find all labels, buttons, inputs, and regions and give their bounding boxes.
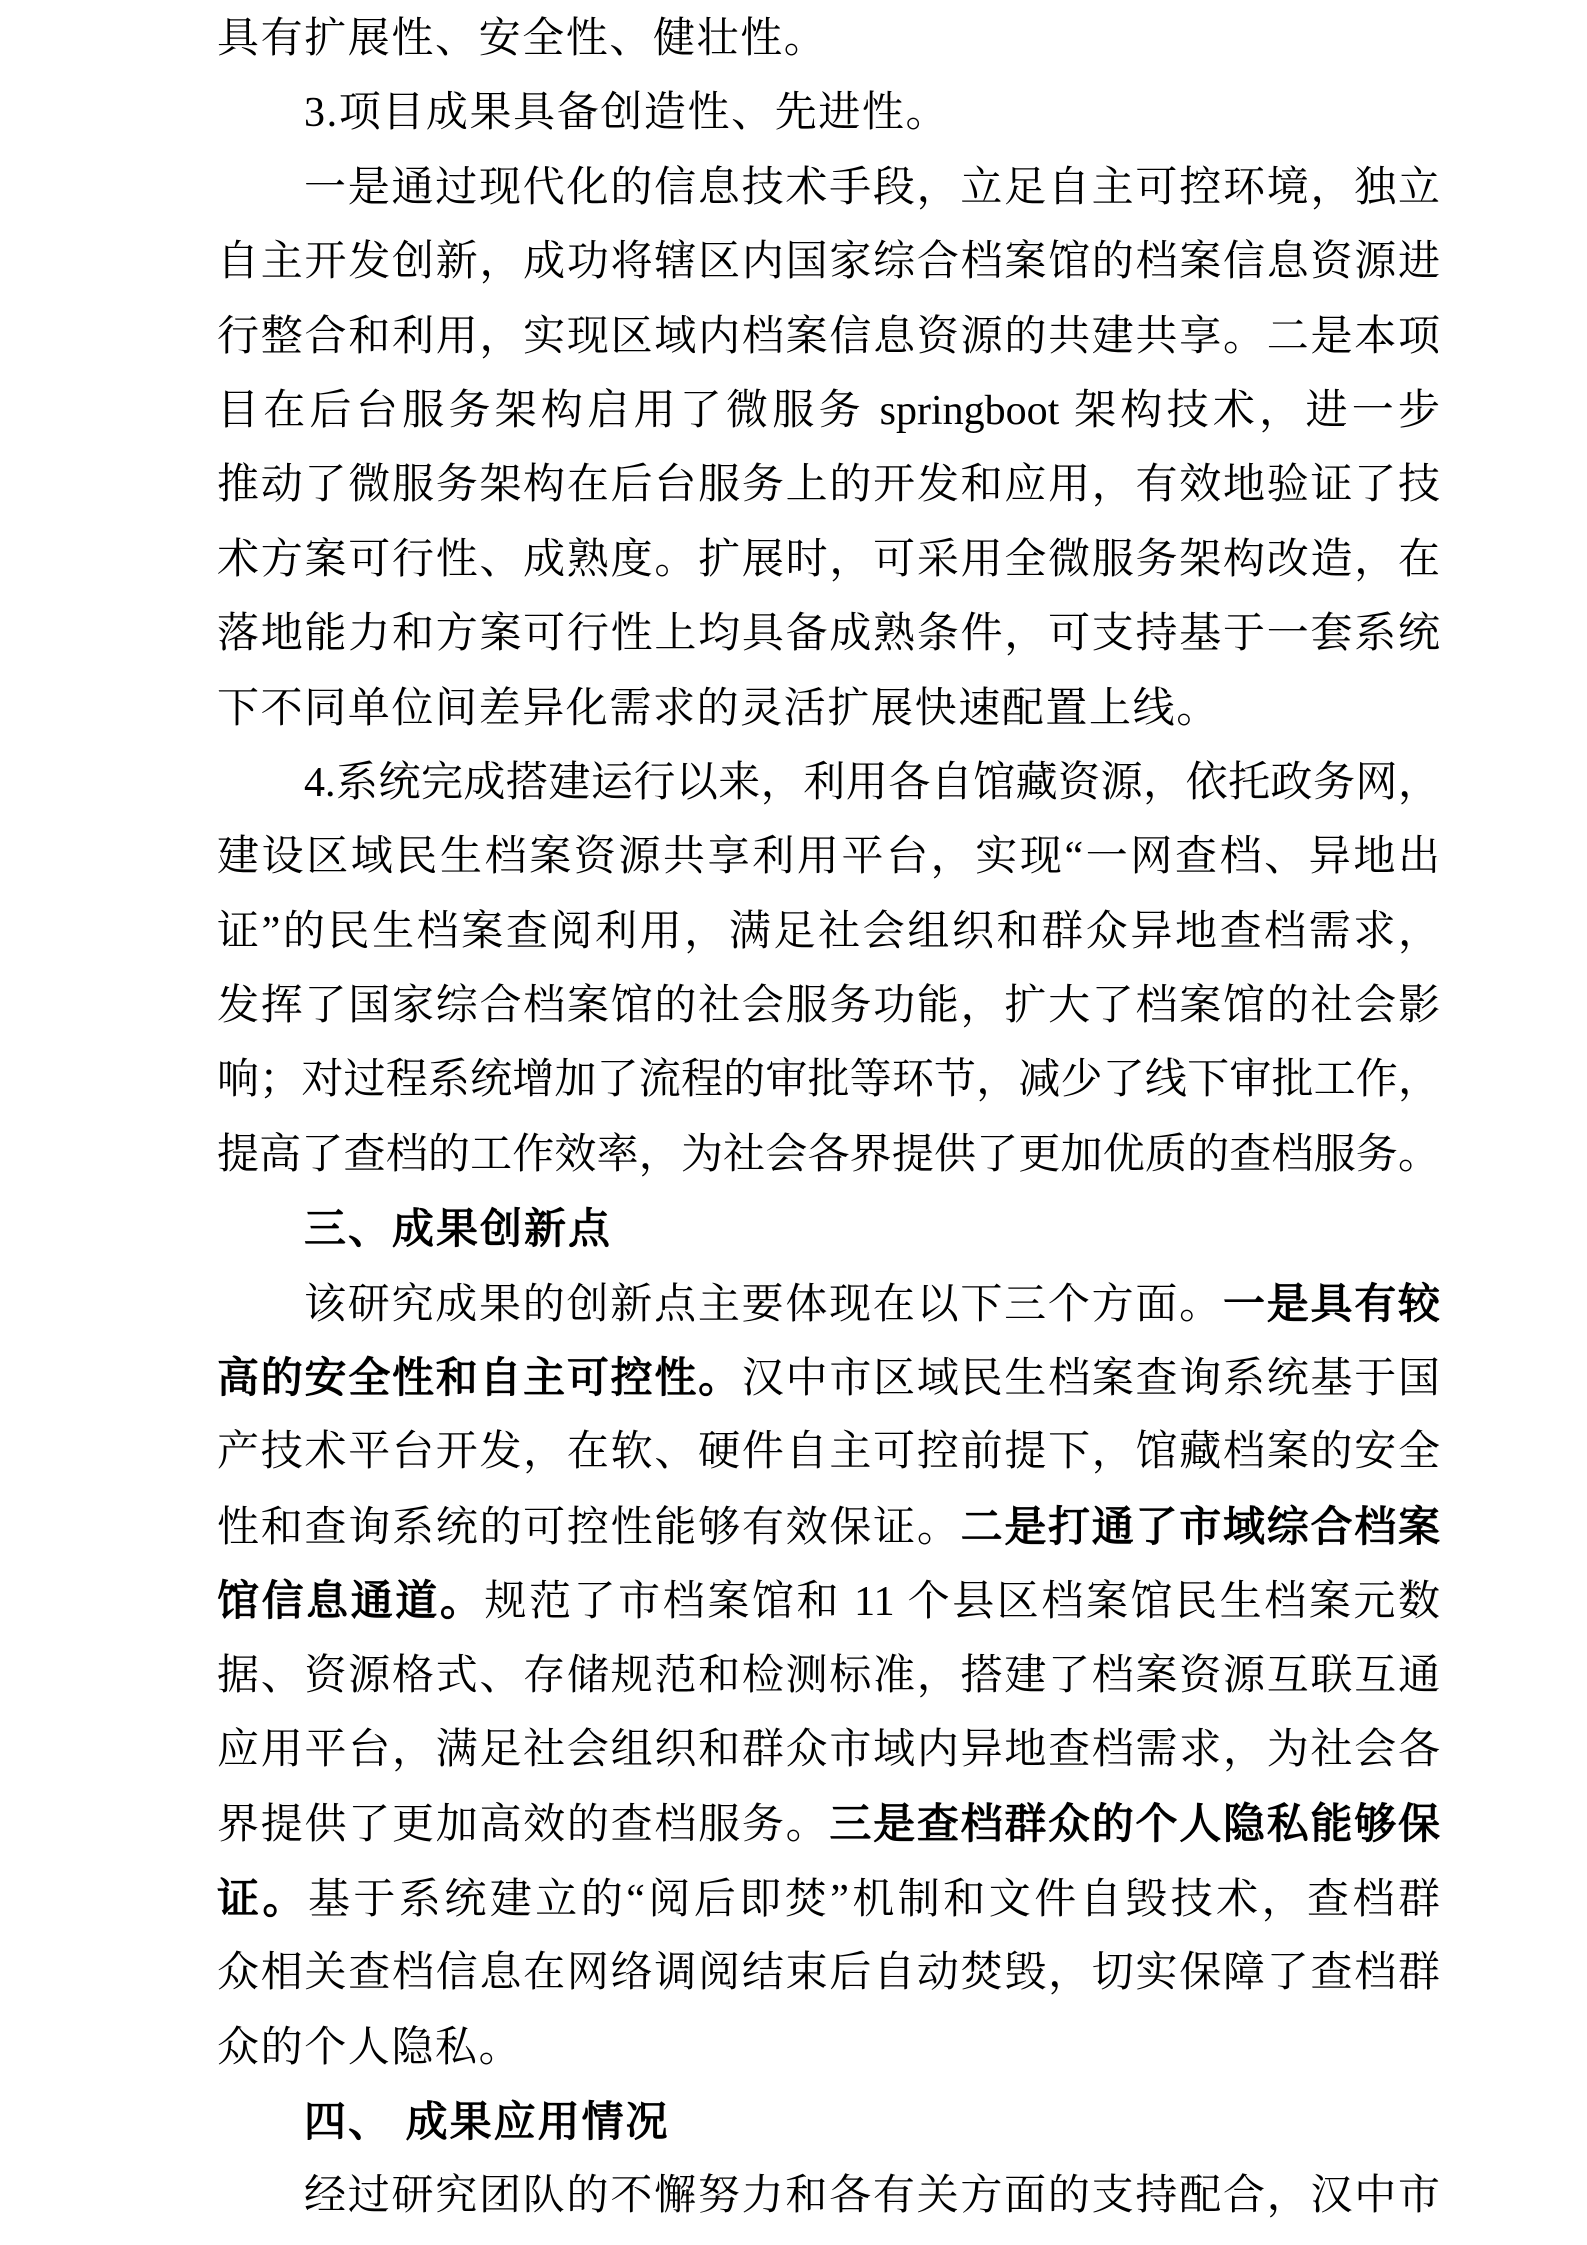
body-text: 基于系统建立的“阅后即焚”机制和文件自毁技术，查档群 [308, 1877, 1440, 1923]
body-text: 行整合和利用，实现区域内档案信息资源的共建共享。二是本项 [217, 314, 1440, 360]
document-page: 具有扩展性、安全性、健壮性。3.项目成果具备创造性、先进性。一是通过现代化的信息… [0, 0, 1587, 2245]
body-text: 界提供了更加高效的查档服务。 [217, 1802, 829, 1848]
text-line: 建设区域民生档案资源共享利用平台，实现“一网查档、异地出 [217, 820, 1440, 894]
body-text: 该研究成果的创新点主要体现在以下三个方面。 [304, 1282, 1223, 1328]
body-text: 3.项目成果具备创造性、先进性。 [304, 90, 949, 136]
body-text: 提高了查档的工作效率，为社会各界提供了更加优质的查档服务。 [217, 1132, 1440, 1178]
text-line: 该研究成果的创新点主要体现在以下三个方面。一是具有较 [217, 1267, 1440, 1341]
body-text: 自主开发创新，成功将辖区内国家综合档案馆的档案信息资源进 [217, 239, 1440, 285]
text-line: 术方案可行性、成熟度。扩展时，可采用全微服务架构改造，在 [217, 523, 1440, 597]
text-line: 据、资源格式、存储规范和检测标准，搭建了档案资源互联互通 [217, 1639, 1440, 1713]
emphasis-text: 三是查档群众的个人隐私能够保 [829, 1800, 1440, 1847]
document-body: 具有扩展性、安全性、健壮性。3.项目成果具备创造性、先进性。一是通过现代化的信息… [0, 0, 1587, 2234]
text-line: 4.系统完成搭建运行以来，利用各自馆藏资源，依托政务网， [217, 746, 1440, 820]
text-line: 证”的民生档案查阅利用，满足社会组织和群众异地查档需求， [217, 895, 1440, 969]
text-line: 应用平台，满足社会组织和群众市域内异地查档需求，为社会各 [217, 1713, 1440, 1787]
body-text: 具有扩展性、安全性、健壮性。 [217, 16, 827, 62]
section-heading: 三、成果创新点 [217, 1192, 1440, 1266]
body-text: 性和查询系统的可控性能够有效保证。 [217, 1505, 961, 1551]
emphasis-text: 三、成果创新点 [304, 1205, 612, 1252]
text-line: 产技术平台开发，在软、硬件自主可控前提下，馆藏档案的安全 [217, 1415, 1440, 1489]
body-text: 发挥了国家综合档案馆的社会服务功能，扩大了档案馆的社会影 [217, 983, 1440, 1029]
text-line: 经过研究团队的不懈努力和各有关方面的支持配合，汉中市 [217, 2159, 1440, 2233]
section-heading: 四、 成果应用情况 [217, 2085, 1440, 2159]
text-line: 自主开发创新，成功将辖区内国家综合档案馆的档案信息资源进 [217, 225, 1440, 299]
text-line: 证。基于系统建立的“阅后即焚”机制和文件自毁技术，查档群 [217, 1862, 1440, 1936]
text-line: 推动了微服务架构在后台服务上的开发和应用，有效地验证了技 [217, 448, 1440, 522]
body-text: 下不同单位间差异化需求的灵活扩展快速配置上线。 [217, 686, 1220, 732]
text-line: 发挥了国家综合档案馆的社会服务功能，扩大了档案馆的社会影 [217, 969, 1440, 1043]
emphasis-text: 四、 成果应用情况 [304, 2098, 670, 2145]
text-line: 界提供了更加高效的查档服务。三是查档群众的个人隐私能够保 [217, 1787, 1440, 1861]
emphasis-text: 馆信息通道。 [217, 1577, 484, 1624]
body-text: 落地能力和方案可行性上均具备成熟条件，可支持基于一套系统 [217, 611, 1440, 657]
emphasis-text: 证。 [217, 1875, 308, 1922]
body-text: 汉中市区域民生档案查询系统基于国 [742, 1356, 1440, 1402]
text-line: 具有扩展性、安全性、健壮性。 [217, 2, 1440, 76]
body-text: 证”的民生档案查阅利用，满足社会组织和群众异地查档需求， [217, 909, 1440, 955]
text-line: 众相关查档信息在网络调阅结束后自动焚毁，切实保障了查档群 [217, 1936, 1440, 2010]
body-text: 众的个人隐私。 [217, 2025, 522, 2071]
body-text: 经过研究团队的不懈努力和各有关方面的支持配合，汉中市 [304, 2173, 1440, 2219]
text-line: 落地能力和方案可行性上均具备成熟条件，可支持基于一套系统 [217, 597, 1440, 671]
text-line: 众的个人隐私。 [217, 2011, 1440, 2085]
body-text: 众相关查档信息在网络调阅结束后自动焚毁，切实保障了查档群 [217, 1950, 1440, 1996]
text-line: 目在后台服务架构启用了微服务 springboot 架构技术，进一步 [217, 374, 1440, 448]
text-line: 一是通过现代化的信息技术手段，立足自主可控环境，独立 [217, 151, 1440, 225]
body-text: 一是通过现代化的信息技术手段，立足自主可控环境，独立 [304, 165, 1440, 211]
body-text: 目在后台服务架构启用了微服务 springboot 架构技术，进一步 [217, 388, 1440, 434]
text-line: 馆信息通道。规范了市档案馆和 11 个县区档案馆民生档案元数 [217, 1564, 1440, 1638]
body-text: 4.系统完成搭建运行以来，利用各自馆藏资源，依托政务网， [304, 760, 1440, 806]
body-text: 术方案可行性、成熟度。扩展时，可采用全微服务架构改造，在 [217, 537, 1440, 583]
text-line: 响；对过程系统增加了流程的审批等环节，减少了线下审批工作， [217, 1043, 1440, 1117]
text-line: 下不同单位间差异化需求的灵活扩展快速配置上线。 [217, 672, 1440, 746]
body-text: 据、资源格式、存储规范和检测标准，搭建了档案资源互联互通 [217, 1653, 1440, 1699]
text-line: 高的安全性和自主可控性。汉中市区域民生档案查询系统基于国 [217, 1341, 1440, 1415]
body-text: 应用平台，满足社会组织和群众市域内异地查档需求，为社会各 [217, 1727, 1440, 1773]
text-line: 行整合和利用，实现区域内档案信息资源的共建共享。二是本项 [217, 300, 1440, 374]
text-line: 3.项目成果具备创造性、先进性。 [217, 76, 1440, 150]
body-text: 产技术平台开发，在软、硬件自主可控前提下，馆藏档案的安全 [217, 1429, 1440, 1475]
body-text: 响；对过程系统增加了流程的审批等环节，减少了线下审批工作， [217, 1057, 1440, 1103]
emphasis-text: 二是打通了市域综合档案 [961, 1503, 1440, 1550]
text-line: 提高了查档的工作效率，为社会各界提供了更加优质的查档服务。 [217, 1118, 1440, 1192]
emphasis-text: 一是具有较 [1223, 1280, 1440, 1327]
text-line: 性和查询系统的可控性能够有效保证。二是打通了市域综合档案 [217, 1490, 1440, 1564]
body-text: 推动了微服务架构在后台服务上的开发和应用，有效地验证了技 [217, 462, 1440, 508]
body-text: 规范了市档案馆和 11 个县区档案馆民生档案元数 [484, 1579, 1440, 1625]
emphasis-text: 高的安全性和自主可控性。 [217, 1354, 742, 1401]
body-text: 建设区域民生档案资源共享利用平台，实现“一网查档、异地出 [217, 834, 1440, 880]
